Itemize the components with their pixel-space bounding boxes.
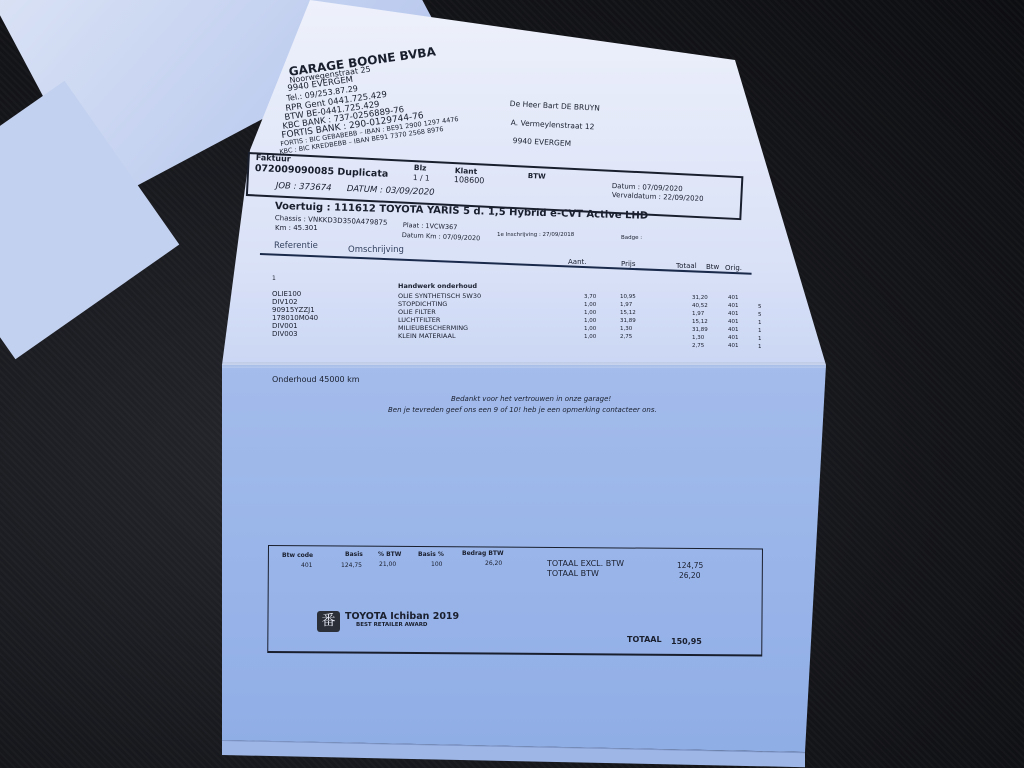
total-excl-label: TOTAAL EXCL. BTW: [547, 560, 624, 568]
cell-totaal: 1,97: [692, 312, 704, 318]
cell-aant: 1,00: [584, 335, 596, 341]
job-number: JOB : 373674: [276, 182, 332, 193]
cell-totaal: 15,12: [692, 320, 708, 326]
col-referentie: Referentie: [274, 242, 318, 251]
cell-aant: 1,00: [584, 303, 596, 309]
col-omschrijving: Omschrijving: [348, 246, 404, 255]
maintenance-note: Onderhoud 45000 km: [272, 376, 360, 384]
vat-pct-label: % BTW: [378, 552, 401, 558]
cell-prijs: 31,89: [620, 319, 636, 325]
vehicle-km: Km : 45.301: [275, 225, 318, 232]
cell-totaal: 31,20: [692, 296, 708, 302]
blz-label: Blz: [414, 164, 427, 172]
vat-basis: 124,75: [341, 563, 362, 569]
cell-desc: KLEIN MATERIAAL: [398, 333, 456, 340]
vat-code-label: Btw code: [282, 553, 313, 559]
cell-orig: 1: [758, 321, 762, 327]
grand-total-label: TOTAAL: [627, 636, 662, 644]
vat-basis-pct: 100: [431, 562, 442, 568]
vat-amount-label: Bedrag BTW: [462, 551, 504, 557]
cell-btw: 401: [728, 344, 739, 350]
paper-fold: [222, 362, 826, 368]
cell-ref: OLIE100: [272, 291, 301, 298]
cell-desc: STOPDICHTING: [398, 301, 447, 308]
klant-value: 108600: [454, 176, 485, 185]
group-title: Handwerk onderhoud: [398, 283, 477, 290]
vat-basis-pct-label: Basis %: [418, 552, 444, 558]
cell-orig: 1: [758, 337, 762, 343]
btw-label: BTW: [528, 173, 546, 181]
cell-orig: 5: [758, 313, 762, 319]
award-subtitle: BEST RETAILER AWARD: [356, 623, 428, 629]
cell-btw: 401: [728, 328, 739, 334]
cell-orig: 1: [758, 345, 762, 351]
cell-desc: MILIEUBESCHERMING: [398, 325, 468, 332]
cell-ref: DIV102: [272, 299, 298, 306]
cell-aant: 1,00: [584, 327, 596, 333]
cell-desc: OLIE SYNTHETISCH 5W30: [398, 293, 481, 300]
cell-btw: 401: [728, 336, 739, 342]
cell-btw: 401: [728, 320, 739, 326]
col-btw: Btw: [706, 264, 719, 271]
cell-ref: 90915YZZJ1: [272, 307, 315, 314]
faktuur-label: Faktuur: [256, 154, 291, 164]
cell-prijs: 1,30: [620, 327, 632, 333]
cell-ref: DIV001: [272, 323, 298, 330]
cell-orig: 5: [758, 305, 762, 311]
cell-desc: LUCHTFILTER: [398, 317, 440, 324]
cell-aant: 3,70: [584, 295, 596, 301]
vehicle-registration: 1e Inschrijving : 27/09/2018: [497, 233, 574, 239]
cell-totaal: 40,52: [692, 304, 708, 310]
vat-pct: 21,00: [379, 562, 396, 568]
total-vat-value: 26,20: [679, 572, 700, 580]
ichiban-kanji-icon: 番: [317, 611, 340, 632]
cell-orig: 1: [758, 329, 762, 335]
cell-totaal: 31,89: [692, 328, 708, 334]
cell-prijs: 15,12: [620, 311, 636, 317]
thanks-line-2: Ben je tevreden geef ons een 9 of 10! he…: [388, 407, 657, 414]
vat-basis-label: Basis: [345, 552, 363, 558]
cell-btw: 401: [728, 312, 739, 318]
cell-totaal: 2,75: [692, 344, 704, 350]
thanks-line-1: Bedankt voor het vertrouwen in onze gara…: [451, 396, 611, 403]
cell-desc: OLIE FILTER: [398, 309, 436, 316]
cell-ref: DIV003: [272, 331, 298, 338]
grand-total-value: 150,95: [671, 638, 702, 646]
cell-btw: 401: [728, 296, 739, 302]
cell-aant: 1,00: [584, 311, 596, 317]
cell-prijs: 1,97: [620, 303, 632, 309]
cell-prijs: 10,95: [620, 295, 636, 301]
cell-ref: 178010M040: [272, 315, 318, 322]
award-title: TOYOTA Ichiban 2019: [345, 612, 459, 622]
vat-code: 401: [301, 563, 312, 569]
blz-value: 1 / 1: [413, 174, 430, 182]
total-vat-label: TOTAAL BTW: [547, 570, 599, 578]
vehicle-badge: Badge :: [621, 236, 642, 242]
group-number: 1: [272, 276, 276, 282]
vat-amount: 26,20: [485, 561, 502, 567]
cell-prijs: 2,75: [620, 335, 632, 341]
cell-btw: 401: [728, 304, 739, 310]
total-excl-value: 124,75: [677, 562, 703, 570]
cell-aant: 1,00: [584, 319, 596, 325]
cell-totaal: 1,30: [692, 336, 704, 342]
